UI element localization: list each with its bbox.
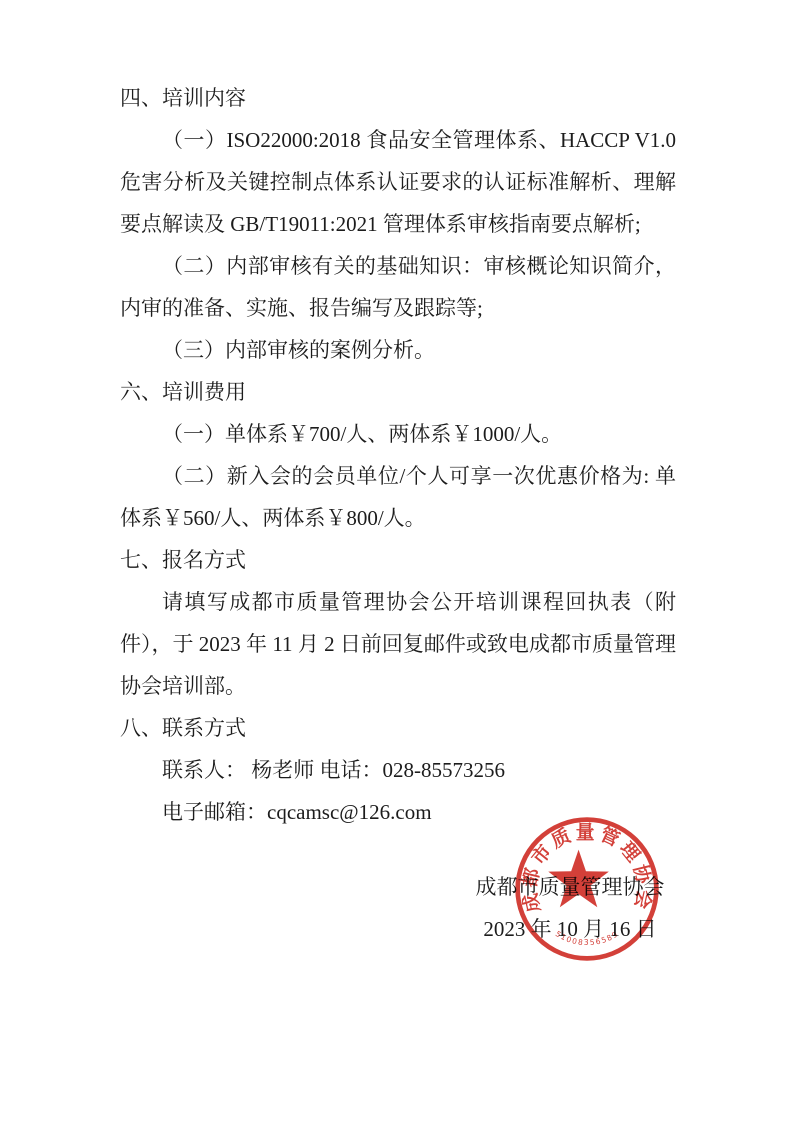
contact-person-line: 联系人： 杨老师 电话：028-85573256 [120,749,676,791]
signature-organization: 成都市质量管理协会 [420,866,720,908]
paragraph-training-item-1: （一）ISO22000:2018 食品安全管理体系、HACCP V1.0 危害分… [120,119,676,245]
signature-date: 2023 年 10 月 16 日 [420,908,720,950]
paragraph-fee-item-2: （二）新入会的会员单位/个人可享一次优惠价格为: 单体系￥560/人、两体系￥8… [120,455,676,539]
paragraph-fee-item-1: （一）单体系￥700/人、两体系￥1000/人。 [120,413,676,455]
section-heading-training-content: 四、培训内容 [120,77,676,119]
paragraph-registration: 请填写成都市质量管理协会公开培训课程回执表（附件），于 2023 年 11 月 … [120,581,676,707]
section-heading-training-fee: 六、培训费用 [120,371,676,413]
section-heading-registration: 七、报名方式 [120,539,676,581]
document-body: 四、培训内容 （一）ISO22000:2018 食品安全管理体系、HACCP V… [120,77,676,833]
section-heading-contact: 八、联系方式 [120,707,676,749]
document-page: 四、培训内容 （一）ISO22000:2018 食品安全管理体系、HACCP V… [0,0,794,1123]
contact-email-line: 电子邮箱：cqcamsc@126.com [120,791,676,833]
paragraph-training-item-3: （三）内部审核的案例分析。 [120,329,676,371]
paragraph-training-item-2: （二）内部审核有关的基础知识：审核概论知识简介，内审的准备、实施、报告编写及跟踪… [120,245,676,329]
